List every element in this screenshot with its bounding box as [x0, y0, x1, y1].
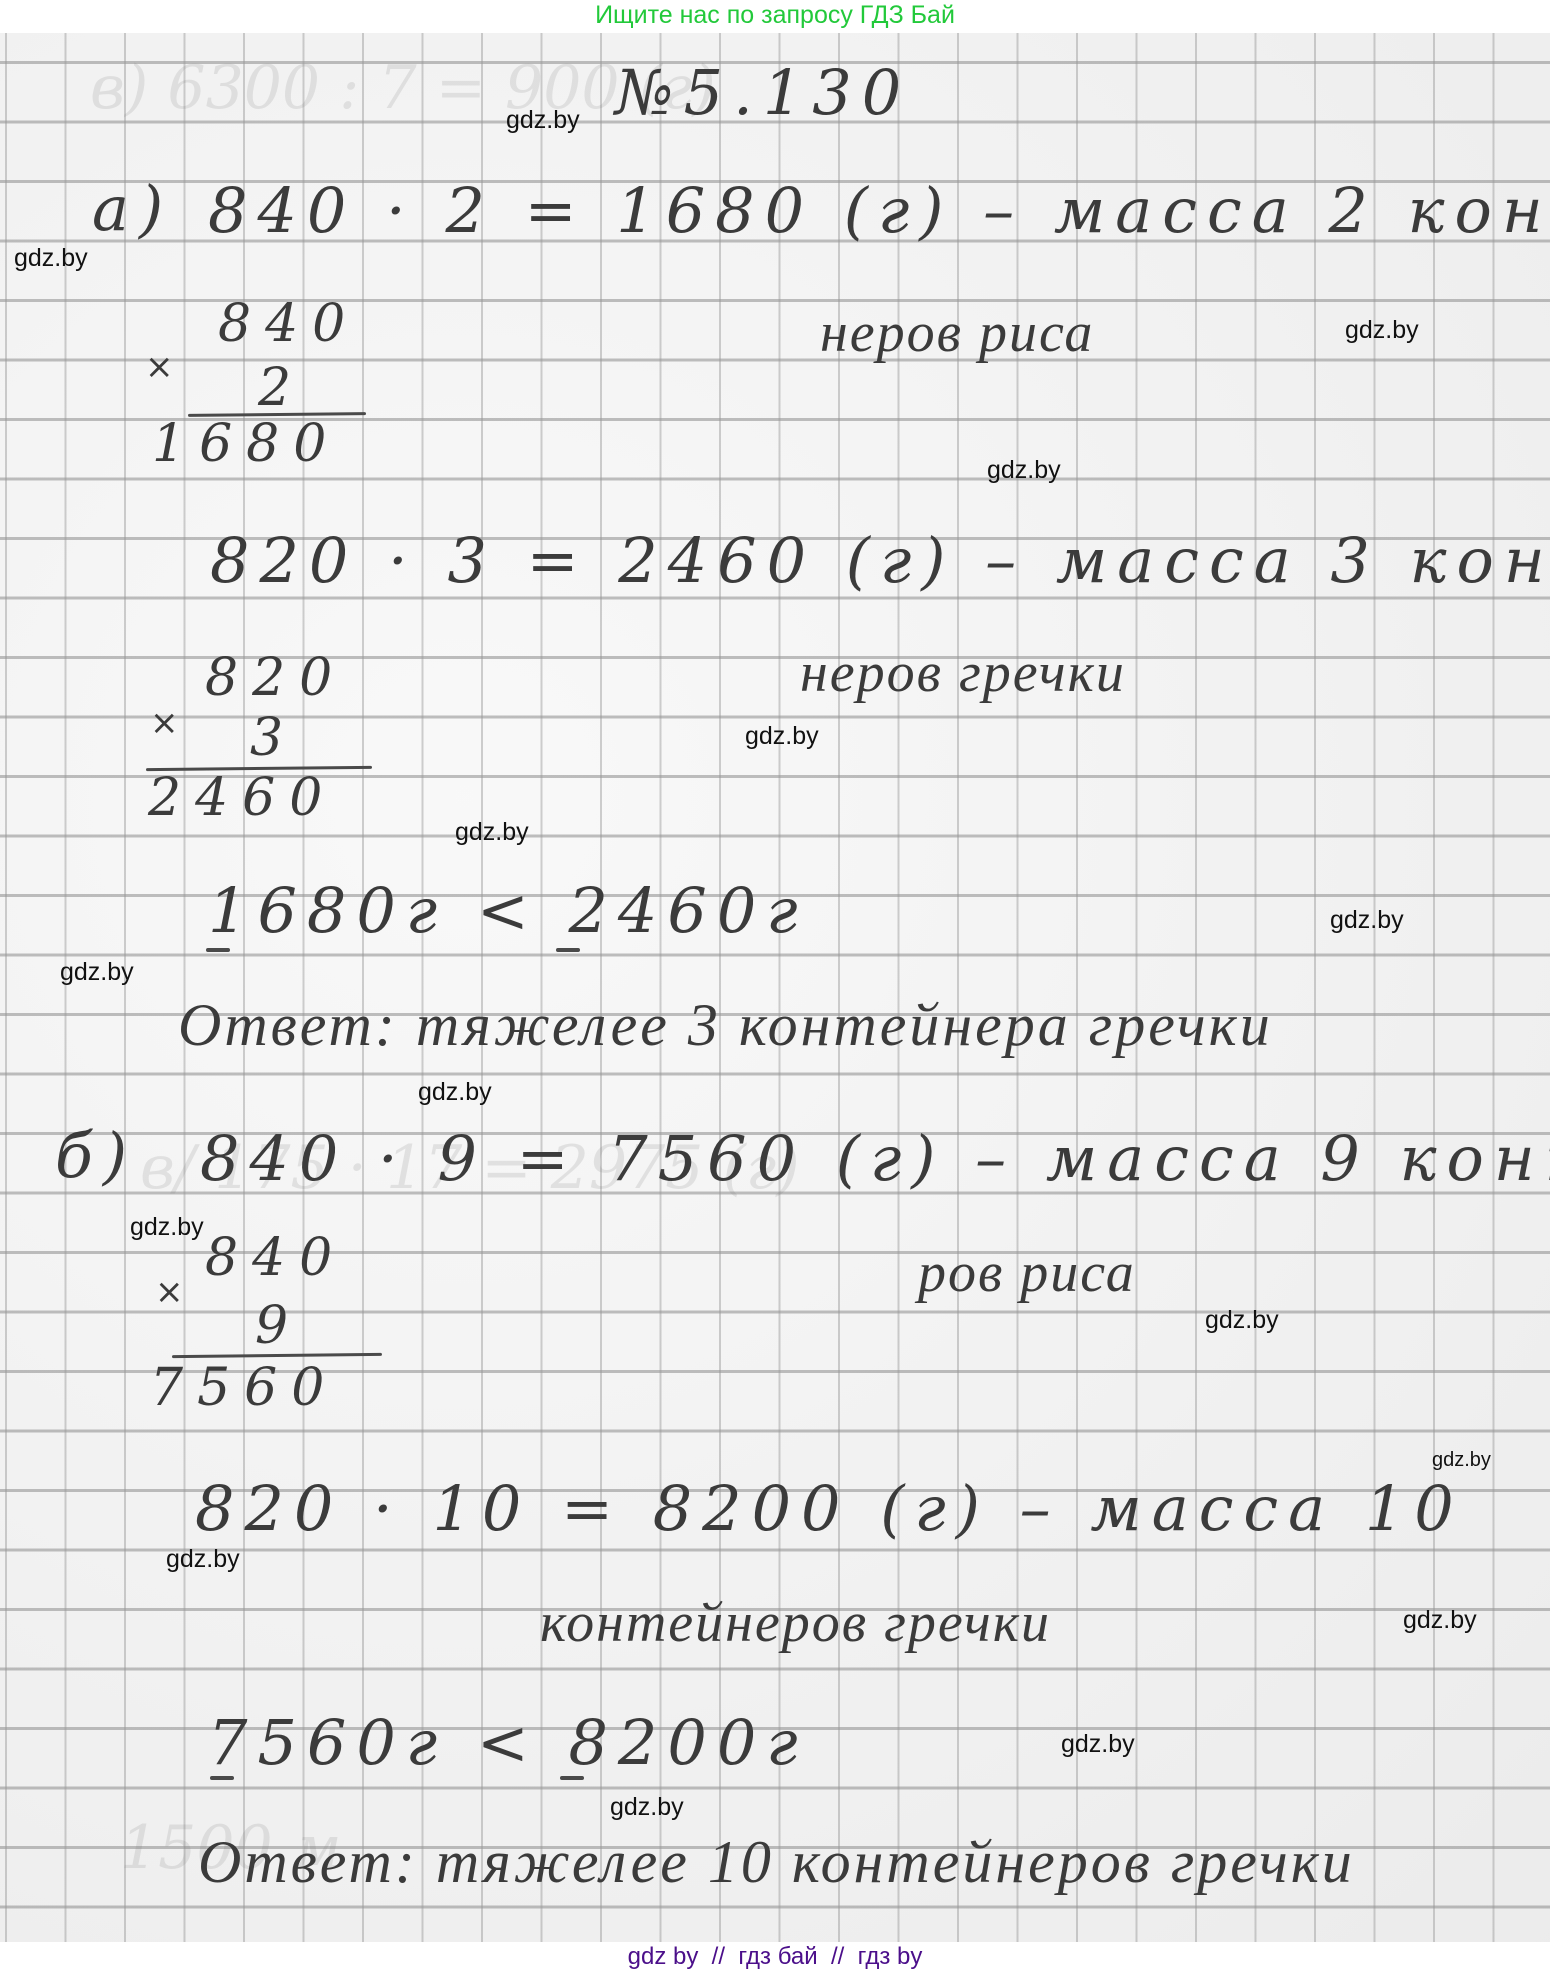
mult-a1-top: 840 [218, 298, 359, 350]
part-b-comparison: 7560г < 8200г [208, 1712, 808, 1774]
part-a-comparison: 1680г < 2460г [208, 880, 808, 942]
part-b-line2: 820 · 10 = 8200 (г) – масса 10 [195, 1478, 1464, 1540]
bottom-banner: gdz by // гдз бай // гдз by [0, 1942, 1550, 1973]
watermark: gdz.by [130, 1215, 204, 1240]
watermark: gdz.by [1061, 1732, 1135, 1757]
digit-underline [210, 1776, 234, 1780]
digit-underline [560, 1776, 584, 1780]
mult-b1-top: 840 [205, 1232, 346, 1284]
mult-b1-sign: × [155, 1275, 184, 1309]
watermark: gdz.by [14, 246, 88, 271]
watermark: gdz.by [166, 1547, 240, 1572]
digit-underline [206, 948, 230, 952]
watermark: gdz.by [987, 458, 1061, 483]
part-a-answer: Ответ: тяжелее 3 контейнера гречки [178, 995, 1273, 1055]
digit-underline [556, 948, 580, 952]
part-a-line2: 820 · 3 = 2460 (г) – масса 3 контей- [210, 530, 1550, 592]
mult-a1-sign: × [145, 350, 174, 384]
mult-a2-sign: × [150, 706, 179, 740]
mult-a2-result: 2460 [148, 772, 336, 824]
watermark: gdz.by [745, 724, 819, 749]
watermark: gdz.by [1403, 1608, 1477, 1633]
part-a-line1: 840 · 2 = 1680 (г) – масса 2 контей- [208, 180, 1550, 242]
watermark: gdz.by [60, 960, 134, 985]
watermark: gdz.by [1345, 318, 1419, 343]
watermark: gdz.by [418, 1080, 492, 1105]
problem-number: №5.130 [615, 62, 911, 124]
top-banner: Ищите нас по запросу ГДЗ Бай [0, 0, 1550, 33]
part-b-line1: 840 · 9 = 7560 (г) – масса 9 контейне- [200, 1128, 1550, 1190]
part-b-answer: Ответ: тяжелее 10 контейнеров гречки [198, 1832, 1355, 1892]
mult-b1-bottom: 9 [255, 1300, 302, 1352]
search-hint-link[interactable]: Ищите нас по запросу ГДЗ Бай [595, 1, 955, 29]
site-links[interactable]: gdz by // гдз бай // гдз by [628, 1943, 923, 1970]
mult-b1-result: 7560 [150, 1362, 338, 1414]
part-a-label: а) [92, 178, 173, 240]
watermark: gdz.by [455, 820, 529, 845]
watermark: gdz.by [506, 108, 580, 133]
watermark: gdz.by [1432, 1450, 1491, 1470]
mult-a2-bottom: 3 [250, 712, 297, 764]
part-b-line1-cont: ров риса [918, 1245, 1136, 1301]
mult-a1-result: 1680 [152, 418, 340, 470]
part-a-line1-cont: неров риса [820, 305, 1094, 361]
part-b-line2-cont: контейнеров гречки [540, 1595, 1051, 1651]
watermark: gdz.by [610, 1795, 684, 1820]
watermark: gdz.by [1205, 1308, 1279, 1333]
mult-a1-bottom: 2 [258, 362, 305, 414]
part-b-label: б) [55, 1125, 137, 1187]
watermark: gdz.by [1330, 908, 1404, 933]
mult-a2-top: 820 [205, 652, 346, 704]
part-a-line2-cont: неров гречки [800, 645, 1126, 701]
